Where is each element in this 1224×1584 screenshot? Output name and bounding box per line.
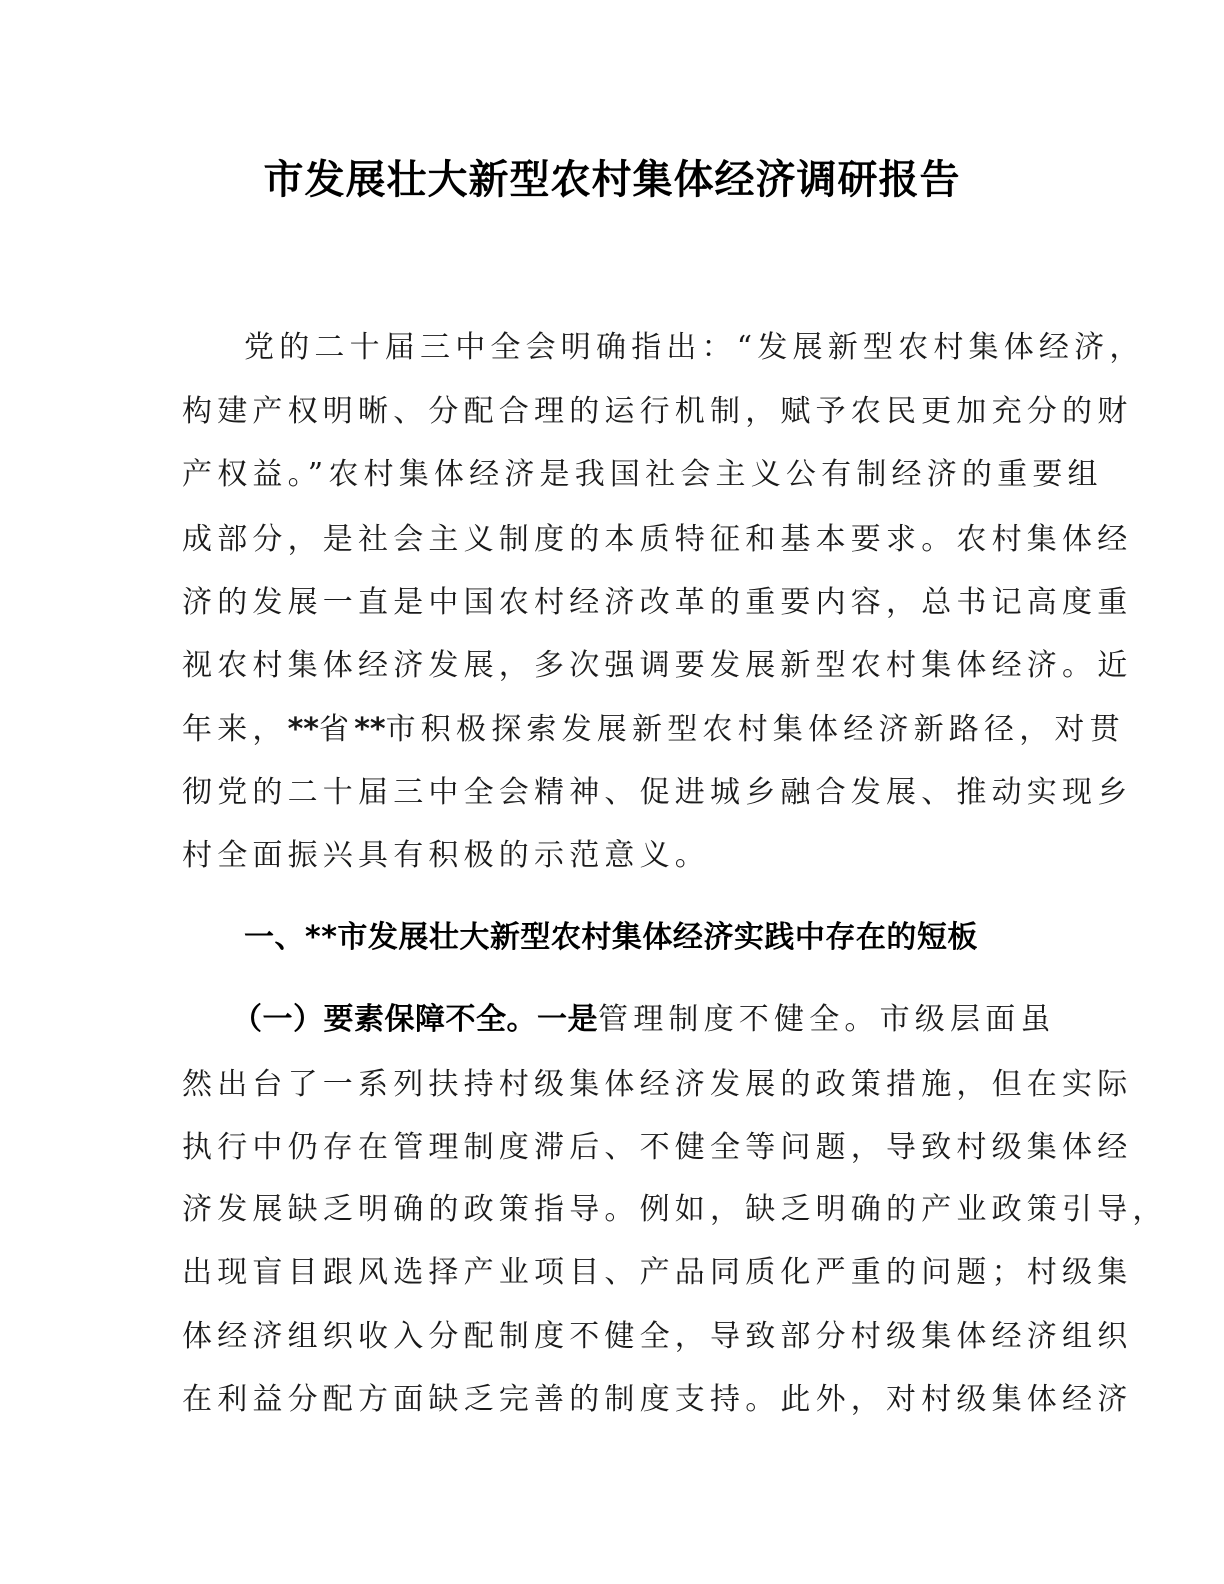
paragraph-line: 年来，**省**市积极探索发展新型农村集体经济新路径，对贯 (182, 710, 1062, 750)
paragraph-line: 济发展缺乏明确的政策指导。例如，缺乏明确的产业政策引导， (182, 1190, 1062, 1230)
redacted-placeholder: ** (354, 712, 385, 747)
line-text: 省 (319, 712, 354, 747)
document-page: 市发展壮大新型农村集体经济调研报告 党的二十届三中全会明确指出：“发展新型农村集… (0, 0, 1224, 1584)
paragraph-line: 村全面振兴具有积极的示范意义。 (182, 836, 1062, 876)
subsection-label: （一）要素保障不全。 (232, 1002, 537, 1037)
redacted-placeholder: ** (288, 712, 319, 747)
paragraph-line: （一）要素保障不全。一是管理制度不健全。市级层面虽 (232, 1000, 1112, 1040)
line-text: 市积极探索发展新型农村集体经济新路径，对贯 (386, 712, 1125, 747)
line-text: 年来， (182, 712, 288, 747)
paragraph-line: 出现盲目跟风选择产业项目、产品同质化严重的问题；村级集 (182, 1253, 1062, 1293)
paragraph-line: 产权益。”农村集体经济是我国社会主义公有制经济的重要组 (182, 455, 1062, 495)
paragraph-line: 体经济组织收入分配制度不健全，导致部分村级集体经济组织 (182, 1317, 1062, 1357)
section-heading: 一、**市发展壮大新型农村集体经济实践中存在的短板 (244, 918, 978, 958)
line-text: 管理制度不健全。市级层面虽 (598, 1002, 1056, 1037)
paragraph-line: 然出台了一系列扶持村级集体经济发展的政策措施，但在实际 (182, 1065, 1062, 1105)
lead-phrase: 一是 (537, 1002, 598, 1037)
paragraph-line: 济的发展一直是中国农村经济改革的重要内容，总书记高度重 (182, 583, 1062, 623)
paragraph-line: 彻党的二十届三中全会精神、促进城乡融合发展、推动实现乡 (182, 773, 1062, 813)
paragraph-line: 视农村集体经济发展，多次强调要发展新型农村集体经济。近 (182, 646, 1062, 686)
paragraph-line: 执行中仍存在管理制度滞后、不健全等问题，导致村级集体经 (182, 1128, 1062, 1168)
paragraph-line: 党的二十届三中全会明确指出：“发展新型农村集体经济， (244, 328, 1124, 368)
paragraph-line: 成部分，是社会主义制度的本质特征和基本要求。农村集体经 (182, 520, 1062, 560)
paragraph-line: 在利益分配方面缺乏完善的制度支持。此外，对村级集体经济 (182, 1380, 1062, 1420)
document-title: 市发展壮大新型农村集体经济调研报告 (0, 148, 1224, 212)
paragraph-line: 构建产权明晰、分配合理的运行机制，赋予农民更加充分的财 (182, 392, 1062, 432)
